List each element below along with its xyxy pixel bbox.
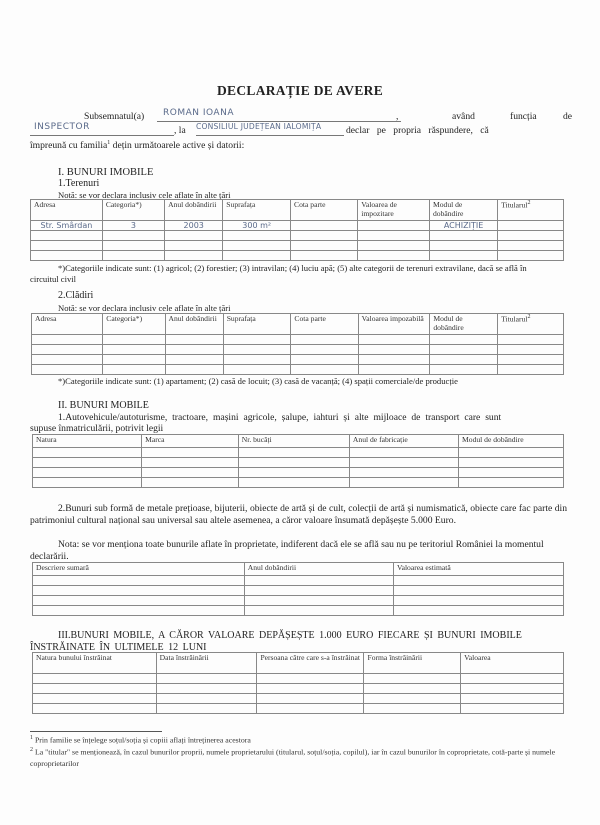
footnote-ref-2: 2 bbox=[527, 200, 530, 206]
table-cell[interactable] bbox=[32, 335, 103, 345]
column-header: Titularul2 bbox=[498, 314, 564, 335]
table-cell[interactable] bbox=[498, 345, 564, 355]
table-cell[interactable] bbox=[291, 345, 358, 355]
table-cell[interactable] bbox=[291, 251, 358, 261]
footnote-2-text: La "titular" se menționează, în cazul bu… bbox=[30, 748, 555, 768]
table-cell[interactable] bbox=[498, 365, 564, 375]
table-row bbox=[33, 468, 564, 478]
table-cell[interactable] bbox=[33, 684, 157, 694]
column-header: Anul dobândirii bbox=[165, 314, 223, 335]
table-cell[interactable] bbox=[393, 586, 563, 596]
table-cell[interactable] bbox=[459, 468, 564, 478]
metale-text: 2.Bunuri sub formă de metale prețioase, … bbox=[30, 503, 567, 527]
table-cell[interactable] bbox=[291, 221, 358, 231]
metale-note: Nota: se vor menționa toate bunurile afl… bbox=[30, 539, 570, 563]
table-cell[interactable] bbox=[223, 355, 291, 365]
label-comma: , bbox=[396, 111, 398, 123]
table-header-row: NaturaMarcaNr. bucățiAnul de fabricațieM… bbox=[33, 435, 564, 448]
table-cell[interactable] bbox=[238, 448, 349, 458]
table-cell[interactable] bbox=[459, 478, 564, 488]
table-row bbox=[32, 365, 564, 375]
table-cell[interactable] bbox=[498, 355, 564, 365]
table-cell[interactable] bbox=[393, 596, 563, 606]
table-cell[interactable] bbox=[102, 231, 164, 241]
table-cell[interactable] bbox=[291, 365, 358, 375]
table-row bbox=[33, 606, 564, 616]
label-la: , la bbox=[174, 125, 186, 137]
column-header: Suprafața bbox=[223, 200, 291, 221]
table-row bbox=[33, 596, 564, 606]
table-cell[interactable] bbox=[165, 345, 223, 355]
table-cell[interactable] bbox=[238, 478, 349, 488]
table-row bbox=[33, 458, 564, 468]
table-cell[interactable] bbox=[349, 478, 458, 488]
table-row bbox=[32, 335, 564, 345]
table-row bbox=[33, 586, 564, 596]
column-header: Adresa bbox=[31, 200, 103, 221]
table-cell[interactable] bbox=[156, 704, 257, 714]
table-cell[interactable] bbox=[223, 231, 291, 241]
table-cell[interactable] bbox=[102, 251, 164, 261]
footnote-divider bbox=[30, 731, 162, 732]
table-header-row: Natura bunului înstrăinatData înstrăinăr… bbox=[33, 653, 564, 674]
name-field[interactable]: ROMAN IOANA bbox=[157, 108, 401, 122]
cladiri-footnote: *)Categoriile indicate sunt: (1) apartam… bbox=[58, 375, 458, 387]
column-header: Modul de dobândire bbox=[459, 435, 564, 448]
column-header: Cota parte bbox=[291, 200, 358, 221]
table-cell[interactable] bbox=[257, 674, 364, 684]
table-cell[interactable] bbox=[498, 241, 564, 251]
declaration-page: DECLARAȚIE DE AVERE Subsemnatul(a) ROMAN… bbox=[0, 0, 600, 825]
table-cell[interactable] bbox=[31, 231, 103, 241]
table-cell[interactable] bbox=[461, 704, 564, 714]
section-3-heading: III.BUNURI MOBILE, A CĂROR VALOARE DEPĂȘ… bbox=[30, 630, 570, 654]
table-cell[interactable] bbox=[142, 458, 239, 468]
label-avand: având bbox=[452, 111, 475, 123]
table-cell[interactable] bbox=[257, 684, 364, 694]
table-cell[interactable] bbox=[358, 251, 430, 261]
table-cell[interactable] bbox=[257, 704, 364, 714]
table-cell[interactable] bbox=[393, 606, 563, 616]
column-header: Anul dobândirii bbox=[244, 563, 393, 576]
table-cell[interactable] bbox=[103, 355, 165, 365]
table-cell[interactable] bbox=[430, 355, 498, 365]
column-header: Valoarea bbox=[461, 653, 564, 674]
table-cell[interactable] bbox=[257, 694, 364, 704]
table-cell[interactable] bbox=[165, 251, 223, 261]
table-row bbox=[33, 478, 564, 488]
column-header: Adresa bbox=[32, 314, 103, 335]
table-cell[interactable] bbox=[165, 335, 223, 345]
table-cell[interactable] bbox=[32, 355, 103, 365]
table-cell[interactable] bbox=[142, 468, 239, 478]
table-cell[interactable] bbox=[358, 345, 430, 355]
table-cell[interactable] bbox=[223, 345, 291, 355]
table-cell[interactable] bbox=[291, 355, 358, 365]
table-cell[interactable] bbox=[291, 335, 358, 345]
table-cell[interactable] bbox=[364, 674, 461, 684]
table-cell[interactable] bbox=[103, 345, 165, 355]
table-cell[interactable] bbox=[393, 576, 563, 586]
column-header: Suprafața bbox=[223, 314, 291, 335]
column-header: Natura bbox=[33, 435, 142, 448]
table-cell[interactable] bbox=[498, 335, 564, 345]
table-cell[interactable] bbox=[33, 478, 142, 488]
table-cell[interactable] bbox=[223, 241, 291, 251]
table-header-row: AdresaCategoria*)Anul dobândiriiSuprafaț… bbox=[31, 200, 564, 221]
table-row bbox=[33, 674, 564, 684]
table-cell[interactable] bbox=[223, 335, 291, 345]
table-cell[interactable] bbox=[459, 458, 564, 468]
table-cell[interactable] bbox=[33, 586, 245, 596]
column-header: Anul de fabricație bbox=[349, 435, 458, 448]
table-header-row: AdresaCategoria*)Anul dobândiriiSuprafaț… bbox=[32, 314, 564, 335]
footnote-2: 2 La "titular" se menționează, în cazul … bbox=[30, 745, 570, 769]
table-row bbox=[33, 694, 564, 704]
footnote-ref-2: 2 bbox=[527, 314, 530, 320]
table-row bbox=[33, 448, 564, 458]
footnote-1: 1 Prin familie se înțelege soțul/soția ș… bbox=[30, 735, 570, 745]
table-cell[interactable] bbox=[364, 684, 461, 694]
table-cell[interactable] bbox=[165, 355, 223, 365]
table-cell[interactable] bbox=[349, 468, 458, 478]
function-field[interactable]: INSPECTOR bbox=[30, 122, 174, 136]
table-cell[interactable] bbox=[429, 231, 497, 241]
table-cell[interactable] bbox=[461, 694, 564, 704]
footnote-2-mark: 2 bbox=[30, 747, 33, 753]
table-cell[interactable] bbox=[358, 231, 430, 241]
column-header: Persoana către care s-a înstrăinat bbox=[257, 653, 364, 674]
table-cell[interactable] bbox=[103, 365, 165, 375]
table-cell[interactable] bbox=[33, 468, 142, 478]
page-title: DECLARAȚIE DE AVERE bbox=[0, 83, 600, 99]
table-cell[interactable] bbox=[142, 478, 239, 488]
label-declar: declar pe propria răspundere, că bbox=[346, 125, 489, 137]
table-cell[interactable] bbox=[461, 674, 564, 684]
table-cell[interactable] bbox=[498, 221, 564, 231]
table-cell[interactable] bbox=[349, 458, 458, 468]
table-row bbox=[32, 345, 564, 355]
terenuri-footnote-cont: circuitul civil bbox=[30, 273, 76, 285]
table-header-row: Descriere sumarăAnul dobândiriiValoarea … bbox=[33, 563, 564, 576]
table-cell[interactable] bbox=[31, 241, 103, 251]
table-cell[interactable] bbox=[32, 365, 103, 375]
table-row bbox=[31, 251, 564, 261]
vehicule-table: NaturaMarcaNr. bucățiAnul de fabricațieM… bbox=[32, 434, 564, 488]
table-cell[interactable] bbox=[244, 586, 393, 596]
table-cell[interactable] bbox=[429, 241, 497, 251]
table-cell[interactable] bbox=[358, 241, 430, 251]
table-cell[interactable] bbox=[33, 704, 157, 714]
table-cell[interactable] bbox=[102, 241, 164, 251]
table-cell[interactable] bbox=[358, 355, 430, 365]
table-cell[interactable] bbox=[430, 365, 498, 375]
table-cell[interactable]: 2003 bbox=[165, 221, 223, 231]
table-cell[interactable]: ACHIZIȚIE bbox=[429, 221, 497, 231]
column-header: Valoarea de impozitare bbox=[358, 200, 430, 221]
table-cell[interactable] bbox=[33, 694, 157, 704]
table-cell[interactable] bbox=[461, 684, 564, 694]
table-cell[interactable] bbox=[364, 694, 461, 704]
table-cell[interactable]: 300 m² bbox=[223, 221, 291, 231]
table-row: Str. Smârdan32003300 m²ACHIZIȚIE bbox=[31, 221, 564, 231]
table-row bbox=[33, 684, 564, 694]
intro-family-line: împreună cu familia1 dețin următoarele a… bbox=[30, 137, 244, 152]
family-text: împreună cu familia bbox=[30, 140, 107, 151]
table-cell[interactable]: 3 bbox=[102, 221, 164, 231]
metale-table: Descriere sumarăAnul dobândiriiValoarea … bbox=[32, 562, 564, 616]
table-cell[interactable] bbox=[223, 251, 291, 261]
table-cell[interactable] bbox=[291, 231, 358, 241]
table-cell[interactable]: Str. Smârdan bbox=[31, 221, 103, 231]
column-header: Cota parte bbox=[291, 314, 358, 335]
table-cell[interactable] bbox=[156, 694, 257, 704]
column-header: Modul de dobândire bbox=[429, 200, 497, 221]
terenuri-footnote: *)Categoriile indicate sunt: (1) agricol… bbox=[58, 262, 527, 274]
table-cell[interactable] bbox=[244, 596, 393, 606]
table-row bbox=[33, 704, 564, 714]
table-cell[interactable] bbox=[429, 251, 497, 261]
instrainate-table: Natura bunului înstrăinatData înstrăinăr… bbox=[32, 652, 564, 714]
table-cell[interactable] bbox=[459, 448, 564, 458]
column-header: Categoria*) bbox=[102, 200, 164, 221]
label-functia: funcția bbox=[510, 111, 537, 123]
table-cell[interactable] bbox=[142, 448, 239, 458]
cladiri-heading: 2.Clădiri bbox=[58, 290, 93, 302]
column-header: Valoarea impozabilă bbox=[358, 314, 430, 335]
institution-field[interactable]: CONSILIUL JUDEȚEAN IALOMIȚA bbox=[196, 122, 344, 136]
label-de: de bbox=[563, 111, 572, 123]
table-cell[interactable] bbox=[165, 365, 223, 375]
table-row bbox=[31, 231, 564, 241]
table-cell[interactable] bbox=[165, 231, 223, 241]
terenuri-table: AdresaCategoria*)Anul dobândiriiSuprafaț… bbox=[30, 199, 564, 261]
table-cell[interactable] bbox=[349, 448, 458, 458]
table-cell[interactable] bbox=[291, 241, 358, 251]
table-cell[interactable] bbox=[244, 576, 393, 586]
assets-text: dețin următoarele active și datorii: bbox=[110, 140, 244, 151]
table-row bbox=[32, 355, 564, 365]
table-cell[interactable] bbox=[358, 221, 430, 231]
column-header: Forma înstrăinării bbox=[364, 653, 461, 674]
table-cell[interactable] bbox=[32, 345, 103, 355]
table-cell[interactable] bbox=[358, 335, 430, 345]
table-cell[interactable] bbox=[33, 448, 142, 458]
table-cell[interactable] bbox=[33, 576, 245, 586]
table-cell[interactable] bbox=[33, 458, 142, 468]
table-cell[interactable] bbox=[31, 251, 103, 261]
table-cell[interactable] bbox=[238, 458, 349, 468]
table-cell[interactable] bbox=[498, 231, 564, 241]
footnote-1-mark: 1 bbox=[30, 735, 33, 741]
table-cell[interactable] bbox=[430, 345, 498, 355]
table-cell[interactable] bbox=[244, 606, 393, 616]
column-header: Modul de dobândire bbox=[430, 314, 498, 335]
column-header: Categoria*) bbox=[103, 314, 165, 335]
column-header: Titularul2 bbox=[498, 200, 564, 221]
table-cell[interactable] bbox=[498, 251, 564, 261]
section-2-heading: II. BUNURI MOBILE bbox=[58, 400, 149, 412]
table-cell[interactable] bbox=[165, 241, 223, 251]
table-cell[interactable] bbox=[238, 468, 349, 478]
column-header: Valoarea estimată bbox=[393, 563, 563, 576]
table-cell[interactable] bbox=[156, 674, 257, 684]
column-header: Nr. bucăți bbox=[238, 435, 349, 448]
table-cell[interactable] bbox=[103, 335, 165, 345]
column-header: Data înstrăinării bbox=[156, 653, 257, 674]
table-cell[interactable] bbox=[33, 606, 245, 616]
table-cell[interactable] bbox=[156, 684, 257, 694]
table-cell[interactable] bbox=[33, 674, 157, 684]
table-cell[interactable] bbox=[364, 704, 461, 714]
column-header: Natura bunului înstrăinat bbox=[33, 653, 157, 674]
table-row bbox=[31, 241, 564, 251]
table-cell[interactable] bbox=[358, 365, 430, 375]
column-header: Marca bbox=[142, 435, 239, 448]
table-cell[interactable] bbox=[223, 365, 291, 375]
column-header: Anul dobândirii bbox=[165, 200, 223, 221]
footnote-1-text: Prin familie se înțelege soțul/soția și … bbox=[35, 736, 251, 745]
table-cell[interactable] bbox=[33, 596, 245, 606]
table-cell[interactable] bbox=[430, 335, 498, 345]
table-row bbox=[33, 576, 564, 586]
column-header: Descriere sumară bbox=[33, 563, 245, 576]
cladiri-table: AdresaCategoria*)Anul dobândiriiSuprafaț… bbox=[31, 313, 564, 375]
